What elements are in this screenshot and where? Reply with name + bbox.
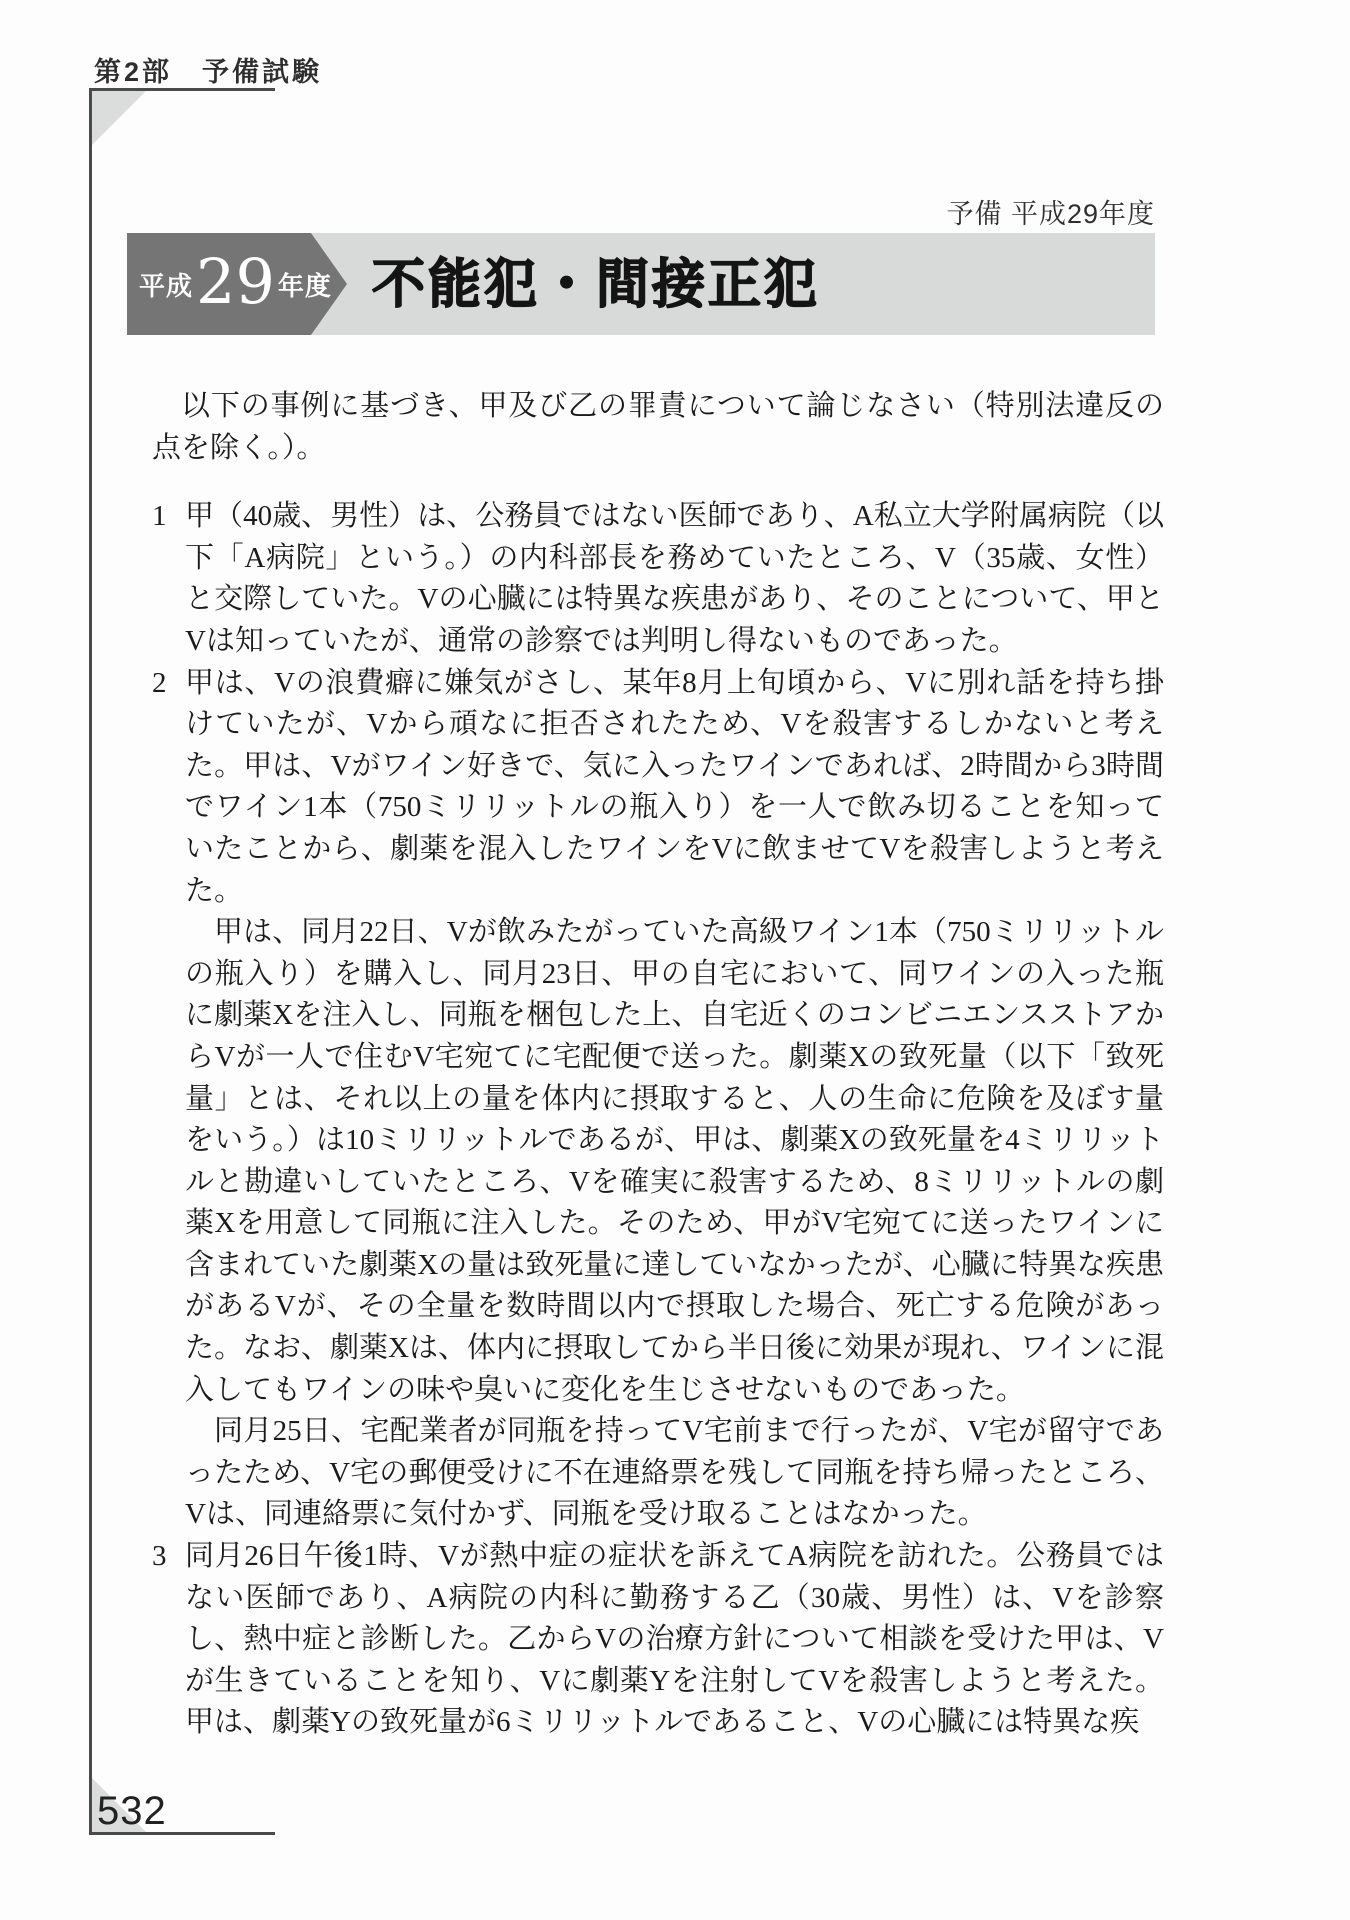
year-tab: 平成 29 年度 xyxy=(127,233,347,335)
exam-instruction: 以下の事例に基づき、甲及び乙の罪責について論じなさい（特別法違反の点を除く。）。 xyxy=(152,386,1164,469)
bottom-rule xyxy=(89,1832,275,1835)
year-number: 29 xyxy=(193,251,278,313)
corner-triangle-top xyxy=(92,91,146,145)
case-paragraph: 甲は、同月22日、Vが飲みたがっていた高級ワイン1本（750ミリリットルの瓶入り… xyxy=(185,912,1164,1411)
era-prefix: 平成 xyxy=(139,266,193,303)
item-number: 1 xyxy=(152,496,167,538)
chapter-banner: 平成 29 年度 不能犯・間接正犯 xyxy=(127,233,1155,335)
document-page: 第2部 予備試験 予備 平成29年度 平成 29 年度 不能犯・間接正犯 以下の… xyxy=(0,0,1350,1920)
case-item-1: 1 甲（40歳、男性）は、公務員ではない医師であり、A私立大学附属病院（以下「A… xyxy=(152,496,1164,662)
case-paragraph: 甲は、Vの浪費癖に嫌気がさし、某年8月上旬頃から、Vに別れ話を持ち掛けていたが、… xyxy=(185,663,1164,913)
case-item-2: 2 甲は、Vの浪費癖に嫌気がさし、某年8月上旬頃から、Vに別れ話を持ち掛けていた… xyxy=(152,663,1164,1536)
left-margin-rule xyxy=(89,88,92,1835)
item-number: 3 xyxy=(152,1536,167,1578)
case-item-3: 3 同月26日午後1時、Vが熱中症の症状を訴えてA病院を訪れた。公務員ではない医… xyxy=(152,1536,1164,1744)
edition-label: 予備 平成29年度 xyxy=(946,192,1155,231)
page-number: 532 xyxy=(97,1789,167,1834)
year-suffix: 年度 xyxy=(278,266,332,303)
case-paragraph: 同月25日、宅配業者が同瓶を持ってV宅前まで行ったが、V宅が留守であったため、V… xyxy=(185,1411,1164,1536)
case-body: 以下の事例に基づき、甲及び乙の罪責について論じなさい（特別法違反の点を除く。）。… xyxy=(152,386,1164,1744)
item-number: 2 xyxy=(152,663,167,705)
part-header: 第2部 予備試験 xyxy=(94,50,322,89)
chapter-title: 不能犯・間接正犯 xyxy=(372,233,820,335)
case-paragraph: 甲（40歳、男性）は、公務員ではない医師であり、A私立大学附属病院（以下「A病院… xyxy=(185,496,1164,662)
case-paragraph: 同月26日午後1時、Vが熱中症の症状を訴えてA病院を訪れた。公務員ではない医師で… xyxy=(185,1536,1164,1744)
